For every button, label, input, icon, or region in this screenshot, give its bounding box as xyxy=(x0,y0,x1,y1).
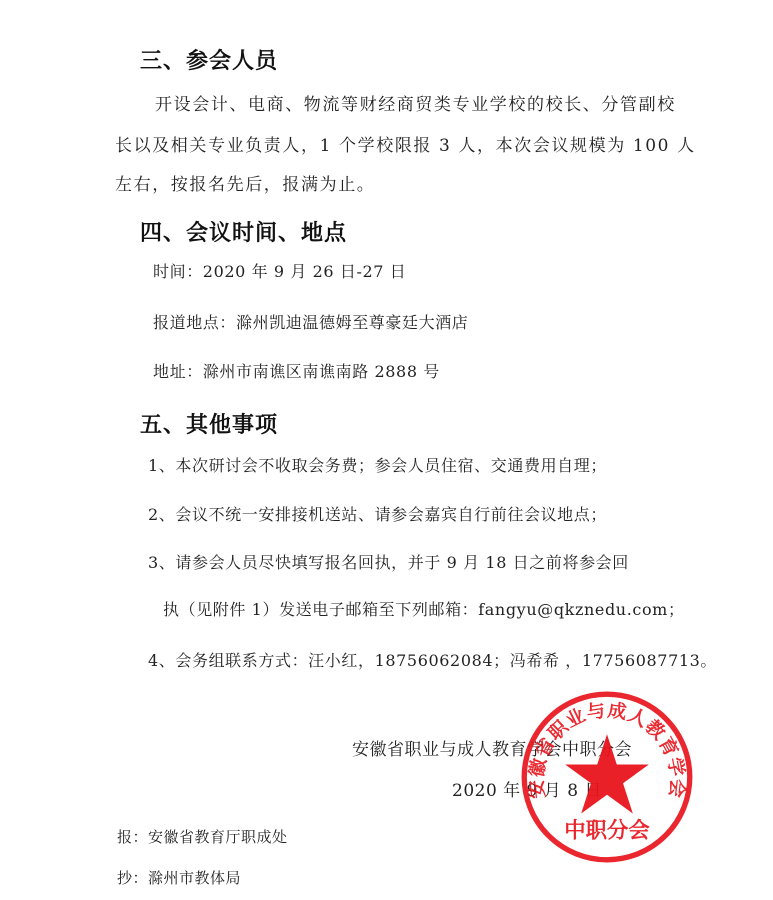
meeting-time: 时间：2020 年 9 月 26 日-27 日 xyxy=(153,259,406,282)
meeting-address: 地址：滁州市南谯区南谯南路 2888 号 xyxy=(153,359,440,382)
official-stamp: 安徽省职业与成人教育学会 中职分会 xyxy=(518,688,696,866)
section-3-line-1: 开设会计、电商、物流等财经商贸类专业学校的校长、分管副校 xyxy=(155,90,676,115)
section-5-heading: 五、其他事项 xyxy=(140,408,278,439)
checkin-location: 报道地点：滁州凯迪温德姆至尊豪廷大酒店 xyxy=(153,310,468,333)
section-3-line-2: 长以及相关专业负责人，1 个学校限报 3 人，本次会议规模为 100 人 xyxy=(115,131,696,156)
other-item-1: 1、本次研讨会不收取会务费；参会人员住宿、交通费用自理； xyxy=(148,453,607,476)
other-item-3: 3、请参会人员尽快填写报名回执，并于 9 月 18 日之前将参会回 xyxy=(148,550,629,573)
section-3-heading: 三、参会人员 xyxy=(140,44,278,75)
other-item-2: 2、会议不统一安排接机送站、请参会嘉宾自行前往会议地点； xyxy=(148,502,607,525)
report-to: 报：安徽省教育厅职成处 xyxy=(117,826,288,847)
section-4-heading: 四、会议时间、地点 xyxy=(140,216,347,247)
star-icon xyxy=(565,734,649,813)
other-item-3-cont: 执（见附件 1）发送电子邮箱至下列邮箱：fangyu@qkznedu.com； xyxy=(163,597,685,620)
other-item-4: 4、会务组联系方式：汪小红，18756062084；冯希希 ，177560877… xyxy=(148,648,717,671)
stamp-center-text: 中职分会 xyxy=(564,818,650,844)
copy-to: 抄：滁州市教体局 xyxy=(117,867,241,888)
section-3-line-3: 左右，按报名先后，报满为止。 xyxy=(115,170,375,195)
